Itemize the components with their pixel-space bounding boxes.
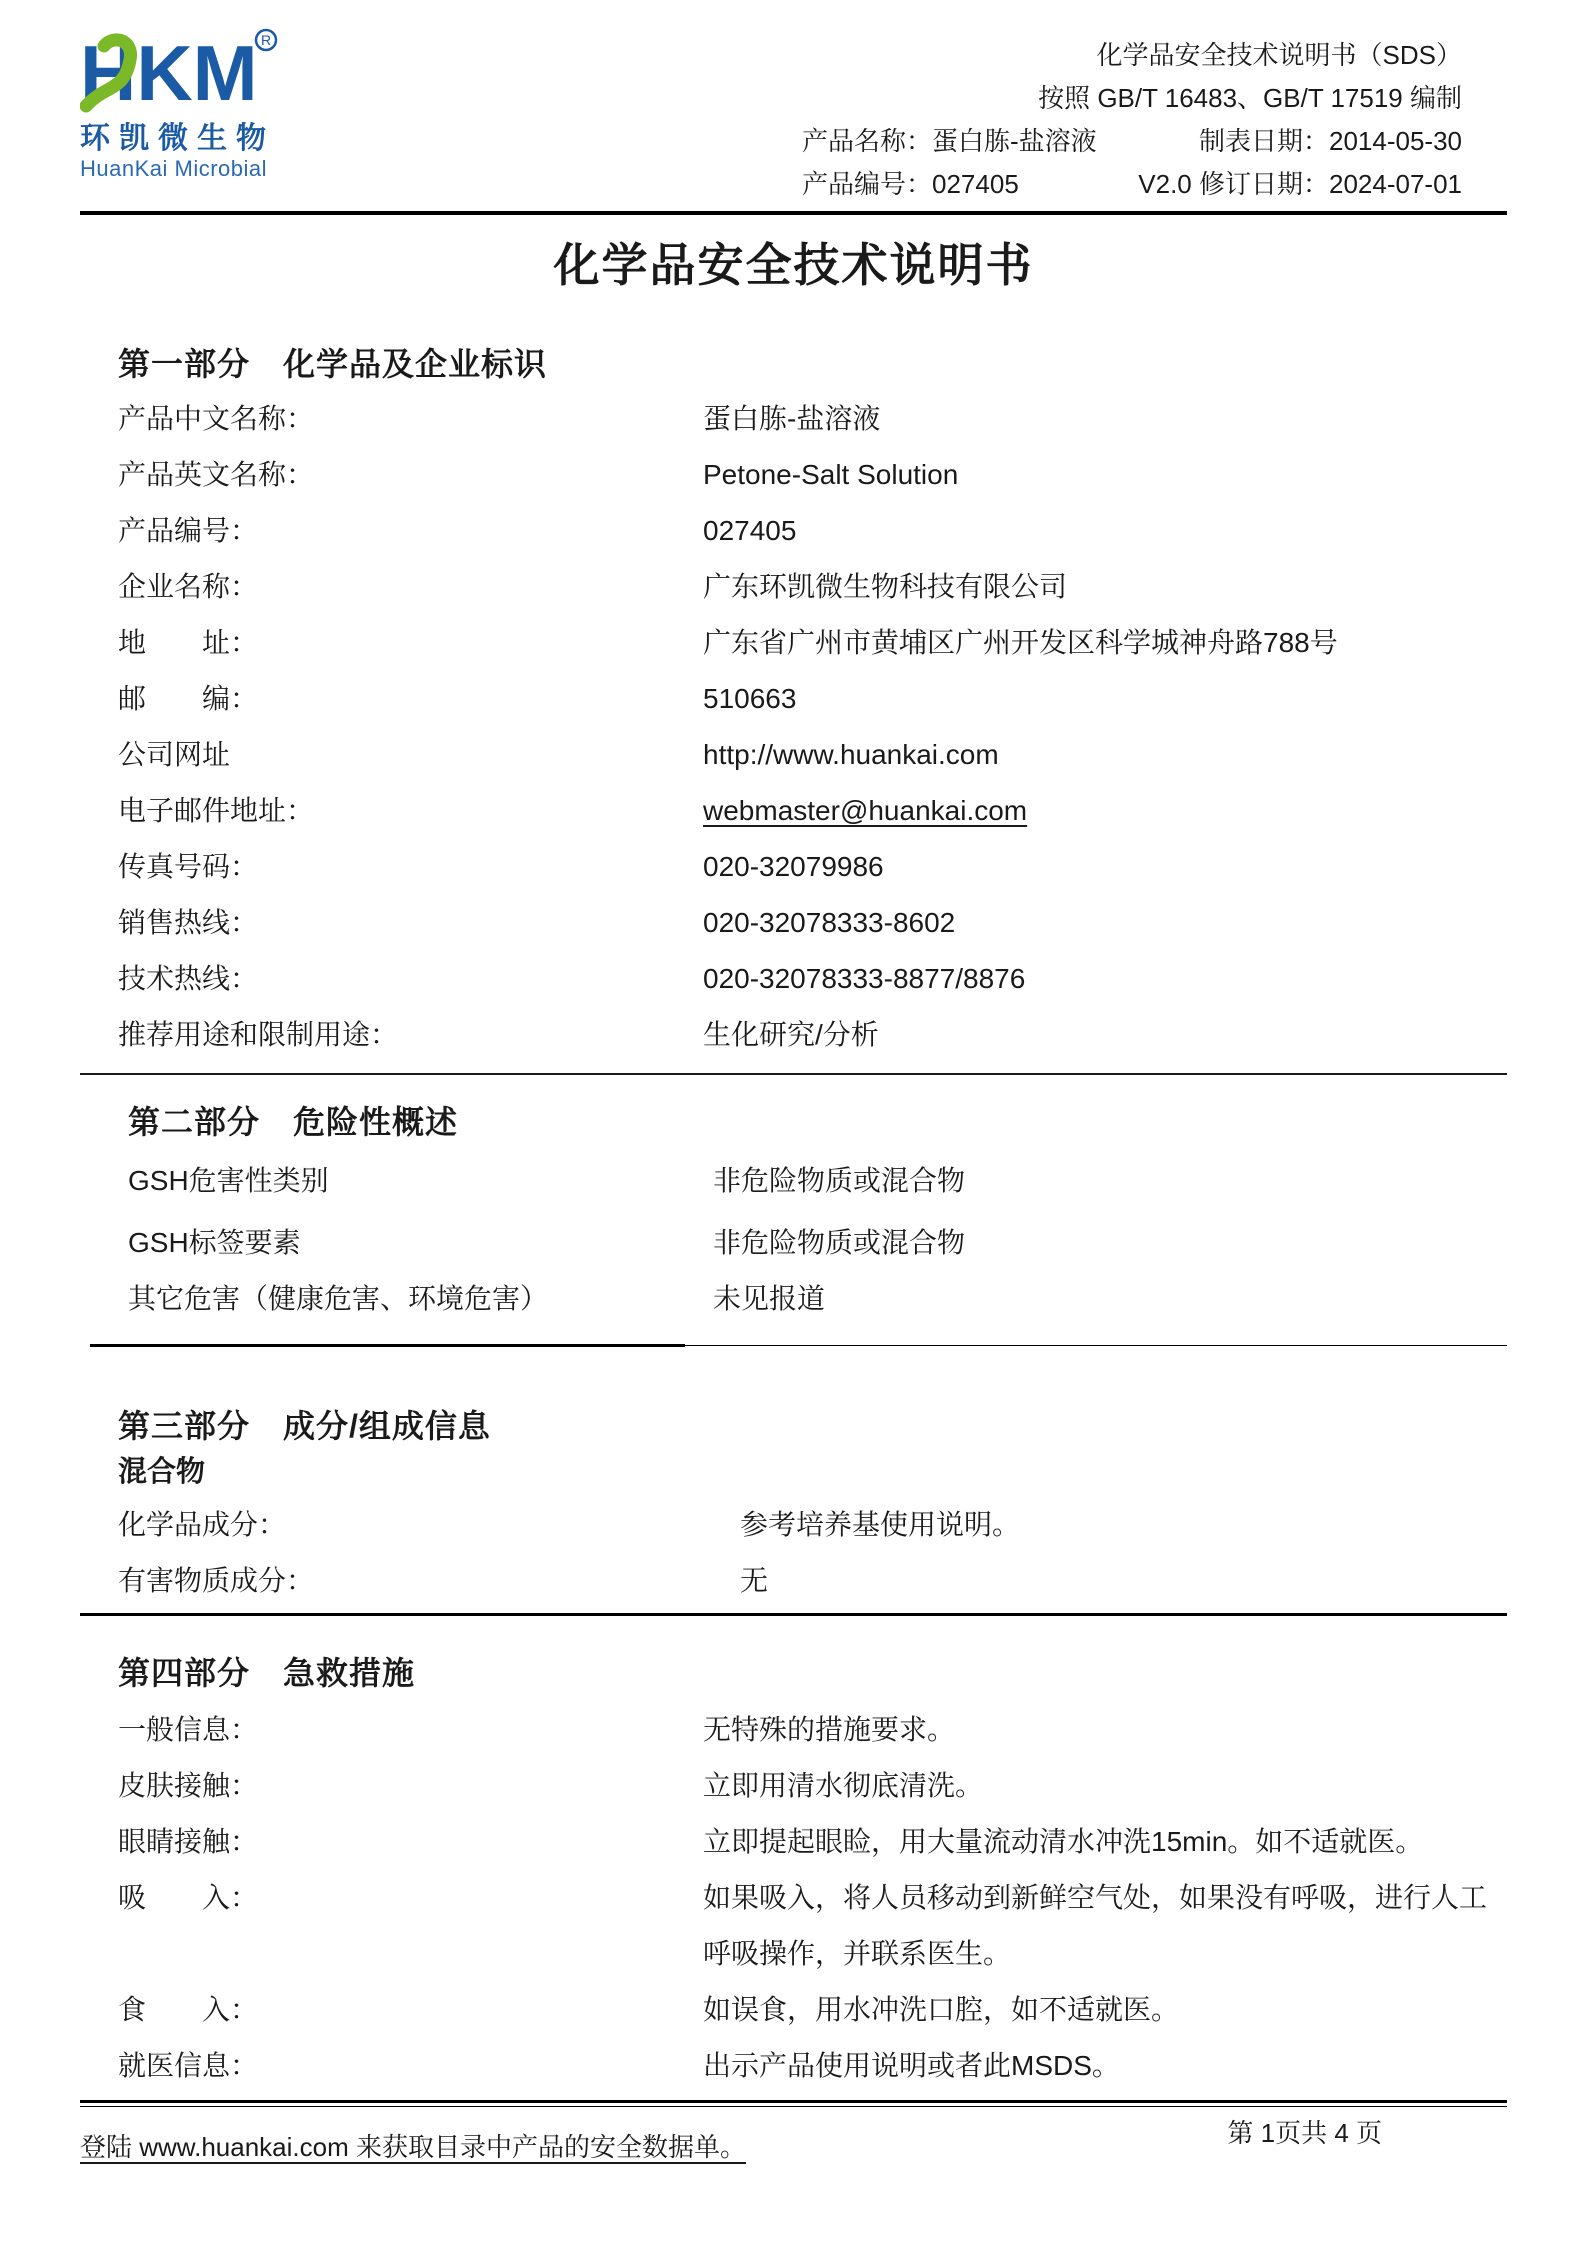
field-row: 产品编号：027405 (118, 503, 1507, 559)
field-value: 立即用清水彻底清洗。 (703, 1758, 1507, 1814)
section-s2: 第二部分 危险性概述GSH危害性类别非危险物质或混合物GSH标签要素非危险物质或… (80, 1101, 1507, 1347)
logo-english-name: HuanKai Microbial (80, 158, 310, 180)
section-heading: 第一部分 化学品及企业标识 (118, 343, 1507, 385)
header-info-block: 化学品安全技术说明书（SDS） 按照 GB/T 16483、GB/T 17519… (802, 26, 1462, 206)
field-label: 公司网址 (118, 727, 703, 783)
field-row: 产品中文名称：蛋白胨-盐溶液 (118, 391, 1507, 447)
field-label: 就医信息： (118, 2038, 703, 2094)
field-row: 推荐用途和限制用途：生化研究/分析 (118, 1007, 1507, 1063)
field-row: 电子邮件地址：webmaster@huankai.com (118, 783, 1507, 839)
footer-note-link[interactable]: 登陆 www.huankai.com 来获取目录中产品的安全数据单。 (80, 2127, 746, 2164)
field-row: 传真号码：020-32079986 (118, 839, 1507, 895)
page-header: HKM R 环凯微生物 HuanKai Microbial 化学品安全技术说明书… (80, 0, 1507, 215)
company-logo: HKM R 环凯微生物 HuanKai Microbial (80, 26, 310, 180)
field-value: 蛋白胨-盐溶液 (703, 391, 1507, 447)
field-row: 销售热线：020-32078333-8602 (118, 895, 1507, 951)
field-rows: 一般信息：无特殊的措施要求。皮肤接触：立即用清水彻底清洗。眼睛接触：立即提起眼睑… (118, 1702, 1507, 2094)
field-label: 有害物质成分： (118, 1553, 740, 1609)
field-value: 参考培养基使用说明。 (740, 1497, 1507, 1553)
field-value: 无特殊的措施要求。 (703, 1702, 1507, 1758)
logo-chinese-name: 环凯微生物 (80, 124, 310, 154)
field-row: 就医信息：出示产品使用说明或者此MSDS。 (118, 2038, 1507, 2094)
field-label: GSH危害性类别 (128, 1153, 713, 1209)
field-row: 皮肤接触：立即用清水彻底清洗。 (118, 1758, 1507, 1814)
field-value: 如果吸入，将人员移动到新鲜空气处，如果没有呼吸，进行人工呼吸操作，并联系医生。 (703, 1870, 1507, 1982)
field-label: 邮 编： (118, 671, 703, 727)
section-s4: 第四部分 急救措施一般信息：无特殊的措施要求。皮肤接触：立即用清水彻底清洗。眼睛… (80, 1652, 1507, 2107)
sds-document-page: HKM R 环凯微生物 HuanKai Microbial 化学品安全技术说明书… (0, 0, 1587, 2245)
header-standard: 按照 GB/T 16483、GB/T 17519 编制 (802, 77, 1462, 120)
field-rows: 化学品成分：参考培养基使用说明。有害物质成分：无 (118, 1497, 1507, 1609)
section-heading: 第二部分 危险性概述 (128, 1101, 1507, 1143)
section-divider-full (80, 1073, 1507, 1075)
section-s3: 第三部分 成分/组成信息混合物化学品成分：参考培养基使用说明。有害物质成分：无 (80, 1405, 1507, 1616)
field-label: 销售热线： (118, 895, 703, 951)
field-value: 020-32079986 (703, 839, 1507, 895)
field-label: 食 入： (118, 1982, 703, 2038)
field-value: 广东省广州市黄埔区广州开发区科学城神舟路788号 (703, 615, 1507, 671)
field-label: 其它危害（健康危害、环境危害） (128, 1271, 713, 1327)
field-value: 如误食，用水冲洗口腔，如不适就医。 (703, 1982, 1507, 2038)
field-label: 眼睛接触： (118, 1814, 703, 1870)
field-label: 企业名称： (118, 559, 703, 615)
field-row: 有害物质成分：无 (118, 1553, 1507, 1609)
field-label: 产品编号： (118, 503, 703, 559)
field-rows: GSH危害性类别非危险物质或混合物GSH标签要素非危险物质或混合物其它危害（健康… (128, 1153, 1507, 1327)
header-doc-type: 化学品安全技术说明书（SDS） (802, 34, 1462, 77)
field-label: 产品中文名称： (118, 391, 703, 447)
field-label: 推荐用途和限制用途： (118, 1007, 703, 1063)
field-row: 化学品成分：参考培养基使用说明。 (118, 1497, 1507, 1553)
page-indicator: 第 1页共 4 页 (1227, 2113, 1382, 2150)
field-row: GSH标签要素非危险物质或混合物 (128, 1215, 1507, 1271)
field-value: 立即提起眼睑，用大量流动清水冲洗15min。如不适就医。 (703, 1814, 1507, 1870)
field-row: 公司网址http://www.huankai.com (118, 727, 1507, 783)
field-row: 邮 编：510663 (118, 671, 1507, 727)
field-value: 510663 (703, 671, 1507, 727)
field-value: 020-32078333-8877/8876 (703, 951, 1507, 1007)
section-heading: 第三部分 成分/组成信息 (118, 1405, 1507, 1447)
header-product-code-row: 产品编号：027405 V2.0 修订日期：2024-07-01 (802, 163, 1462, 206)
section-divider-thick (80, 1613, 1507, 1616)
field-row: 企业名称：广东环凯微生物科技有限公司 (118, 559, 1507, 615)
field-value: 非危险物质或混合物 (713, 1153, 1507, 1209)
sections-container: 第一部分 化学品及企业标识产品中文名称：蛋白胨-盐溶液产品英文名称：Petone… (80, 343, 1507, 2107)
field-row: 其它危害（健康危害、环境危害）未见报道 (128, 1271, 1507, 1327)
field-label: 一般信息： (118, 1702, 703, 1758)
field-row: 食 入：如误食，用水冲洗口腔，如不适就医。 (118, 1982, 1507, 2038)
field-value: 出示产品使用说明或者此MSDS。 (703, 2038, 1507, 2094)
field-label: GSH标签要素 (128, 1215, 713, 1271)
document-title: 化学品安全技术说明书 (80, 239, 1507, 291)
field-row: 一般信息：无特殊的措施要求。 (118, 1702, 1507, 1758)
field-value: 广东环凯微生物科技有限公司 (703, 559, 1507, 615)
field-value: Petone-Salt Solution (703, 447, 1507, 503)
section-divider-half (90, 1343, 1507, 1347)
field-label: 地 址： (118, 615, 703, 671)
header-product-name-row: 产品名称：蛋白胨-盐溶液 制表日期：2014-05-30 (802, 120, 1462, 163)
field-value-link[interactable]: http://www.huankai.com (703, 727, 1507, 783)
field-value: 非危险物质或混合物 (713, 1215, 1507, 1271)
field-row: 吸 入：如果吸入，将人员移动到新鲜空气处，如果没有呼吸，进行人工呼吸操作，并联系… (118, 1870, 1507, 1982)
field-row: 产品英文名称：Petone-Salt Solution (118, 447, 1507, 503)
divider-segment-thick (90, 1344, 685, 1347)
section-s1: 第一部分 化学品及企业标识产品中文名称：蛋白胨-盐溶液产品英文名称：Petone… (80, 343, 1507, 1075)
section-divider-double (80, 2100, 1507, 2107)
field-row: 眼睛接触：立即提起眼睑，用大量流动清水冲洗15min。如不适就医。 (118, 1814, 1507, 1870)
svg-text:R: R (261, 32, 271, 48)
field-value: 无 (740, 1553, 1507, 1609)
header-product-name: 产品名称：蛋白胨-盐溶液 (802, 120, 1097, 163)
field-value: 生化研究/分析 (703, 1007, 1507, 1063)
hkm-logo-icon: HKM R (80, 26, 280, 122)
header-revision-date: V2.0 修订日期：2024-07-01 (1138, 163, 1462, 206)
field-row: 技术热线：020-32078333-8877/8876 (118, 951, 1507, 1007)
page-footer: 登陆 www.huankai.com 来获取目录中产品的安全数据单。 第 1页共… (80, 2107, 1507, 2164)
field-rows: 产品中文名称：蛋白胨-盐溶液产品英文名称：Petone-Salt Solutio… (118, 391, 1507, 1063)
section-heading: 第四部分 急救措施 (118, 1652, 1507, 1694)
field-value: 027405 (703, 503, 1507, 559)
field-row: GSH危害性类别非危险物质或混合物 (128, 1153, 1507, 1209)
header-made-date: 制表日期：2014-05-30 (1199, 120, 1462, 163)
field-label: 技术热线： (118, 951, 703, 1007)
field-label: 化学品成分： (118, 1497, 740, 1553)
section-subheading: 混合物 (118, 1447, 1507, 1497)
hkm-logo-svg: HKM R (80, 26, 280, 118)
field-label: 皮肤接触： (118, 1758, 703, 1814)
field-value-link[interactable]: webmaster@huankai.com (703, 783, 1507, 839)
field-value: 未见报道 (713, 1271, 1507, 1327)
field-value: 020-32078333-8602 (703, 895, 1507, 951)
field-row: 地 址：广东省广州市黄埔区广州开发区科学城神舟路788号 (118, 615, 1507, 671)
field-label: 产品英文名称： (118, 447, 703, 503)
field-label: 电子邮件地址： (118, 783, 703, 839)
divider-segment-thin (685, 1345, 1507, 1346)
field-label: 传真号码： (118, 839, 703, 895)
header-product-code: 产品编号：027405 (802, 163, 1019, 206)
field-label: 吸 入： (118, 1870, 703, 1982)
